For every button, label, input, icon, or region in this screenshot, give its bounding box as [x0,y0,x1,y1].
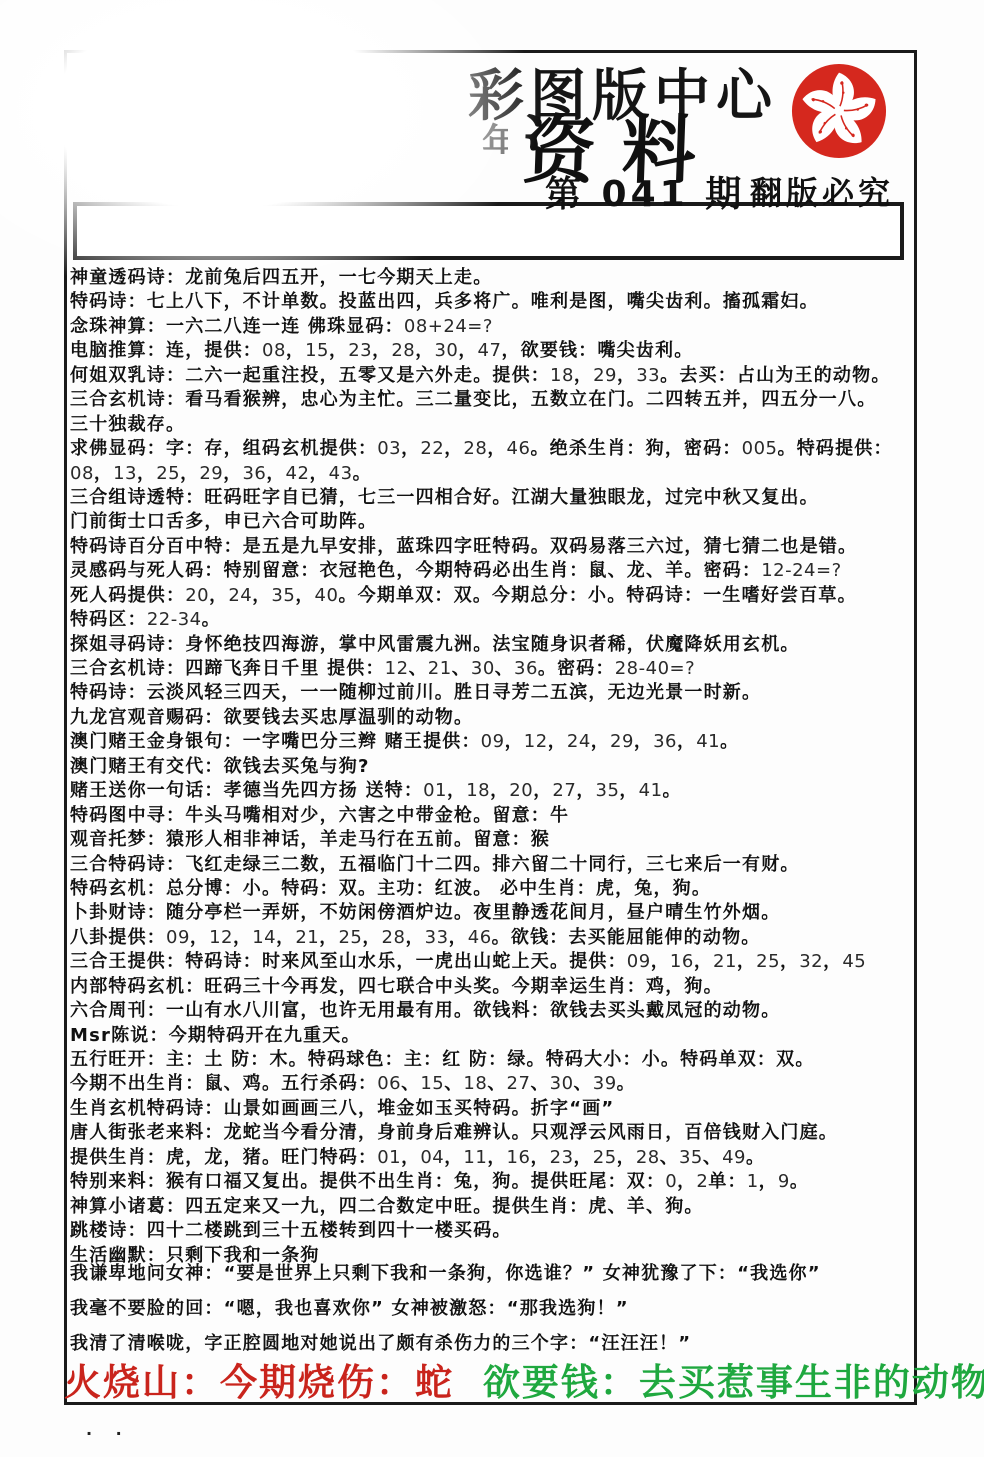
body-line: 三十独裁存。 [70,413,910,437]
bauhinia-logo-icon [791,63,887,159]
humor-text: 我谦卑地问女神：“要是世界上只剩下我和一条狗，你选谁？” 女神犹豫了下：“我选你… [70,1256,910,1361]
fire-mountain-text: 火烧山：今期烧伤：蛇 [64,1361,454,1404]
body-line: 提供生肖：虎，龙，猪。旺门特码：01，04，11，16，23，25，28、35、… [70,1146,910,1170]
body-line: 门前街士口舌多，申已六合可助阵。 [70,510,910,534]
body-line: 念珠神算：一六二八连一连 佛珠显码：08+24=? [70,315,910,339]
body-line: 电脑推算：连，提供：08，15，23，28，30，47，欲要钱：嘴尖齿利。 [70,339,910,363]
body-line: 灵感码与死人码：特别留意：衣冠艳色，今期特码必出生肖：鼠、龙、羊。密码：12-2… [70,559,910,583]
body-line: 特码区：22-34。 [70,608,910,632]
body-text: 神童透码诗：龙前兔后四五开，一七今期天上走。特码诗：七上八下，不计单数。投蓝出四… [70,266,910,1268]
corner-dots: . . [86,1420,131,1439]
body-line: 卜卦财诗：随分亭栏一弄妍，不妨闲傍酒炉边。夜里静透花间月，昼户晴生竹外烟。 [70,901,910,925]
body-line: 特码诗百分百中特：是五是九早安排，蓝珠四字旺特码。双码易落三六过，猜七猜二也是错… [70,535,910,559]
body-line: 生肖玄机特码诗：山景如画画三八，堆金如玉买特码。折字“画” [70,1097,910,1121]
body-line: 死人码提供：20，24，35，40。今期单双：双。今期总分：小。特码诗：一生嗜好… [70,584,910,608]
body-line: 特码图中寻：牛头马嘴相对少，六害之中带金枪。留意：牛 [70,804,910,828]
body-line: 神童透码诗：龙前兔后四五开，一七今期天上走。 [70,266,910,290]
humor-line: 我谦卑地问女神：“要是世界上只剩下我和一条狗，你选谁？” 女神犹豫了下：“我选你… [70,1256,910,1291]
body-line: 澳门赌王有交代：欲钱去买兔与狗? [70,755,910,779]
copyright-stamp: 翻版必究 [750,168,894,214]
humor-line: 我毫不要脸的回：“嗯，我也喜欢你” 女神被激怒：“那我选狗！” [70,1291,910,1326]
body-line: 九龙宫观音赐码：欲要钱去买忠厚温驯的动物。 [70,706,910,730]
body-line: 三合特码诗：飞红走绿三二数，五福临门十二四。排六留二十同行，三七来后一有财。 [70,853,910,877]
body-line: 三合组诗透特：旺码旺字自已猜，七三一四相合好。江湖大量独眼龙，过完中秋又复出。 [70,486,910,510]
issue-number: 第 041 期 [545,166,745,217]
body-line: 三合玄机诗：四蹄飞奔日千里 提供：12、21、30、36。密码：28-40=? [70,657,910,681]
body-line: 唐人街张老来料：龙蛇当今看分清，身前身后难辨认。只观浮云风雨日，百倍钱财入门庭。 [70,1121,910,1145]
body-line: Msr陈说：今期特码开在九重天。 [70,1024,910,1048]
body-line: 何姐双乳诗：二六一起重注投，五零又是六外走。提供：18，29，33。去买：占山为… [70,364,910,388]
body-line: 探姐寻码诗：身怀绝技四海游，掌中风雷震九洲。法宝随身识者稀，伏魔降妖用玄机。 [70,633,910,657]
body-line: 跳楼诗：四十二楼跳到三十五楼转到四十一楼买码。 [70,1219,910,1243]
body-line: 五行旺开：主：土 防：木。特码球色：主：红 防：绿。特码大小：小。特码单双：双。 [70,1048,910,1072]
body-line: 三合玄机诗：看马看猴辨，忠心为主忙。三二量变比，五数立在门。二四转五并，四五分一… [70,388,910,412]
footer-banner: 火烧山：今期烧伤：蛇 欲要钱：去买惹事生非的动物 [64,1352,917,1406]
scanned-tip-sheet-page: 彩图版中心 年 资料 第 041 期 翻版必究 [0,0,984,1457]
body-line: 六合周刊：一山有水八川富，也许无用最有用。欲钱料：欲钱去买头戴凤冠的动物。 [70,999,910,1023]
body-line: 特别来料：猴有口福又复出。提供不出生肖：兔，狗。提供旺尾：双：0，2单：1，9。 [70,1170,910,1194]
body-line: 澳门赌王金身银句：一字嘴巴分三辫 赌王提供：09，12，24，29，36，41。 [70,730,910,754]
body-line: 赌王送你一句话：孝德当先四方扬 送特：01，18，20，27，35，41。 [70,779,910,803]
want-money-text: 欲要钱：去买惹事生非的动物 [483,1361,984,1404]
body-line: 求佛显码：字：存，组码玄机提供：03，22，28，46。绝杀生肖：狗，密码：00… [70,437,910,461]
partial-year-char: 年 [482,112,508,154]
body-line: 观音托梦：猿形人相非神话，羊走马行在五前。留意：猴 [70,828,910,852]
body-line: 特码诗：云淡风轻三四天，一一随柳过前川。胜日寻芳二五滨，无边光景一时新。 [70,681,910,705]
body-line: 特码玄机：总分博：小。特码：双。主功：红波。 必中生肖：虎，兔，狗。 [70,877,910,901]
body-line: 内部特码玄机：旺码三十今再发，四七联合中头奖。今期幸运生肖：鸡，狗。 [70,975,910,999]
body-line: 三合王提供：特码诗：时来风至山水乐，一虎出山蛇上天。提供：09，16，21，25… [70,950,910,974]
body-line: 神算小诸葛：四五定来又一九，四二合数定中旺。提供生肖：虎、羊、狗。 [70,1195,910,1219]
body-line: 八卦提供：09，12，14，21，25，28，33，46。欲钱：去买能屈能伸的动… [70,926,910,950]
body-line: 08，13，25，29，36，42，43。 [70,462,910,486]
body-line: 今期不出生肖：鼠、鸡。五行杀码：06、15、18、27、30、39。 [70,1072,910,1096]
body-line: 特码诗：七上八下，不计单数。投蓝出四，兵多将广。唯利是图，嘴尖齿利。搐孤霜妇。 [70,290,910,314]
